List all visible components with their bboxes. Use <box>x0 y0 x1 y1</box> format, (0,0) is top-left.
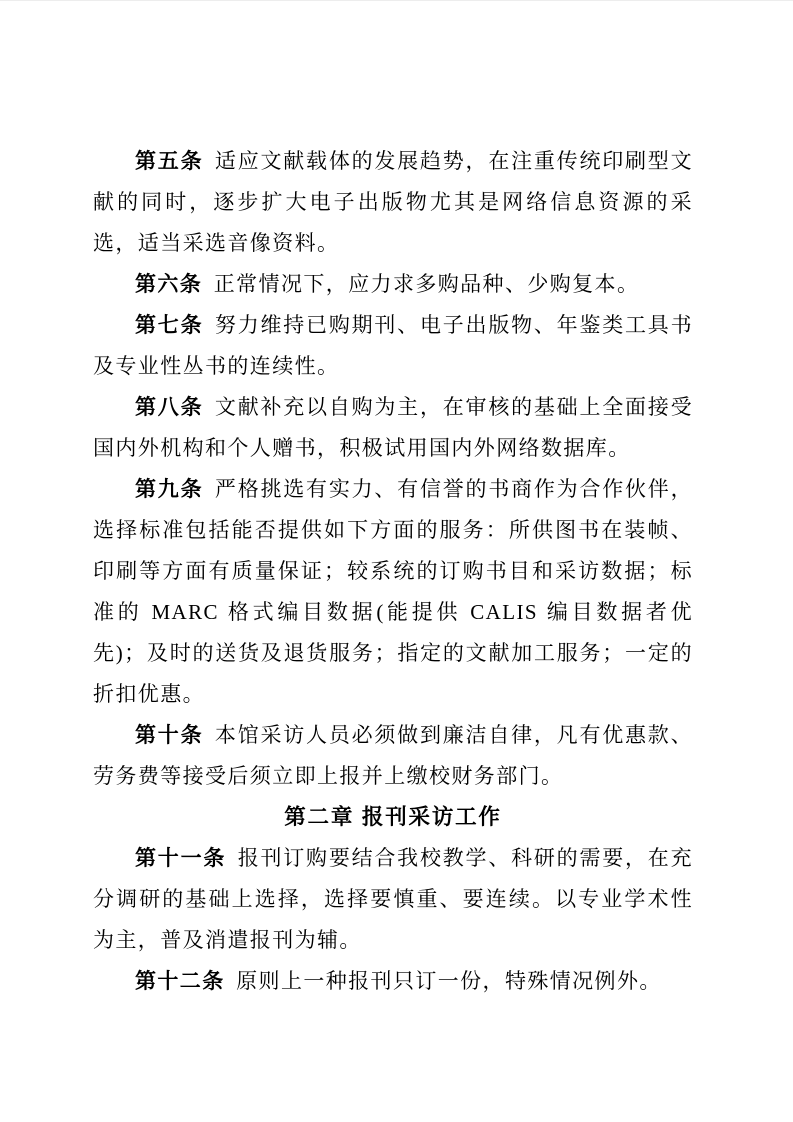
article-paragraph: 第八条文献补充以自购为主，在审核的基础上全面接受国内外机构和个人赠书，积极试用国… <box>93 387 693 469</box>
article-paragraph: 第九条严格挑选有实力、有信誉的书商作为合作伙伴，选择标准包括能否提供如下方面的服… <box>93 469 693 715</box>
article-paragraph: 第六条正常情况下，应力求多购品种、少购复本。 <box>93 264 693 305</box>
article-paragraph: 第十二条原则上一种报刊只订一份，特殊情况例外。 <box>93 961 693 1002</box>
article-number-label: 第七条 <box>135 313 203 337</box>
article-paragraph: 第十条本馆采访人员必须做到廉洁自律，凡有优惠款、劳务费等接受后须立即上报并上缴校… <box>93 715 693 797</box>
document-body: 第五条适应文献载体的发展趋势，在注重传统印刷型文献的同时，逐步扩大电子出版物尤其… <box>93 141 693 1002</box>
chapter-heading: 第二章 报刊采访工作 <box>93 797 693 838</box>
article-number-label: 第九条 <box>135 477 203 501</box>
article-number-label: 第六条 <box>135 272 202 296</box>
article-number-label: 第五条 <box>135 149 203 173</box>
article-text: 正常情况下，应力求多购品种、少购复本。 <box>214 272 640 296</box>
article-paragraph: 第十一条报刊订购要结合我校教学、科研的需要，在充分调研的基础上选择，选择要慎重、… <box>93 838 693 961</box>
article-paragraph: 第五条适应文献载体的发展趋势，在注重传统印刷型文献的同时，逐步扩大电子出版物尤其… <box>93 141 693 264</box>
article-text: 严格挑选有实力、有信誉的书商作为合作伙伴，选择标准包括能否提供如下方面的服务：所… <box>93 477 693 706</box>
article-number-label: 第十二条 <box>135 969 225 993</box>
article-number-label: 第十条 <box>135 723 203 747</box>
document-page: 第五条适应文献载体的发展趋势，在注重传统印刷型文献的同时，逐步扩大电子出版物尤其… <box>0 0 793 1122</box>
article-paragraph: 第七条努力维持已购期刊、电子出版物、年鉴类工具书及专业性丛书的连续性。 <box>93 305 693 387</box>
article-number-label: 第八条 <box>135 395 203 419</box>
article-number-label: 第十一条 <box>135 846 226 870</box>
article-text: 原则上一种报刊只订一份，特殊情况例外。 <box>236 969 662 993</box>
